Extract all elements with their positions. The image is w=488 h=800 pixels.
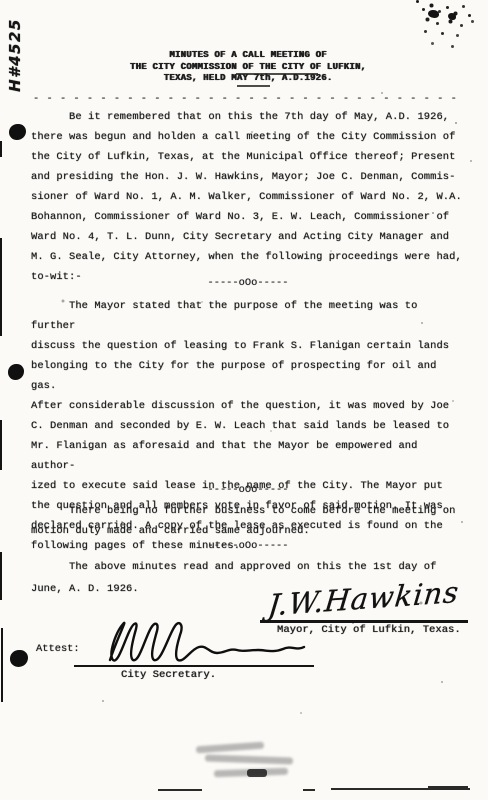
- bottom-stamp-smudge-2: [205, 754, 293, 764]
- bottom-scan-line-2: [303, 789, 315, 791]
- secretary-signature: [88, 614, 320, 668]
- hole-punch-mark-1: [9, 124, 26, 140]
- bottom-scan-line-4: [428, 786, 468, 790]
- bottom-stamp-dark-mark: [247, 769, 267, 777]
- document-title: MINUTES OF A CALL MEETING OF THE CITY CO…: [31, 50, 465, 85]
- corner-smudge-blob-1: [428, 10, 439, 18]
- margin-archive-number: H#4525: [6, 12, 28, 98]
- bottom-stamp-smudge-1: [196, 742, 264, 754]
- edge-artifact-4: [0, 552, 2, 600]
- paper-speckles: [0, 0, 2, 2]
- hole-punch-mark-2: [8, 364, 24, 380]
- header-overstrike-mark-2: [237, 85, 270, 87]
- dashed-rule: - - - - - - - - - - - - - - - - - - - - …: [33, 93, 465, 107]
- section-separator-3: -----oOo-----: [31, 540, 465, 552]
- paragraph-opening: Be it remembered that on this the 7th da…: [31, 107, 465, 287]
- section-separator-2: -----oOo-----: [31, 484, 465, 496]
- section-separator-1: -----oOo-----: [31, 277, 465, 289]
- edge-artifact-5: [1, 628, 3, 702]
- edge-artifact-3: [0, 420, 2, 470]
- edge-artifact-2: [0, 238, 2, 336]
- header-overstrike-mark-1: [236, 73, 318, 75]
- edge-artifact-1: [0, 141, 2, 157]
- corner-smudge-dots: [416, 0, 419, 3]
- closing-approval-line: The above minutes read and approved on t…: [31, 557, 465, 577]
- attest-label: Attest:: [36, 643, 80, 655]
- scanned-document-page: H#4525 MINUTES OF A CALL MEETING OF THE …: [0, 0, 488, 800]
- corner-smudge-blob-2: [448, 13, 456, 20]
- hole-punch-mark-3: [10, 650, 28, 667]
- secretary-title: City Secretary.: [121, 669, 216, 681]
- bottom-scan-line-1: [158, 789, 202, 791]
- paragraph-adjournment: There being no further business to come …: [31, 501, 465, 541]
- secretary-signature-line: [74, 665, 314, 667]
